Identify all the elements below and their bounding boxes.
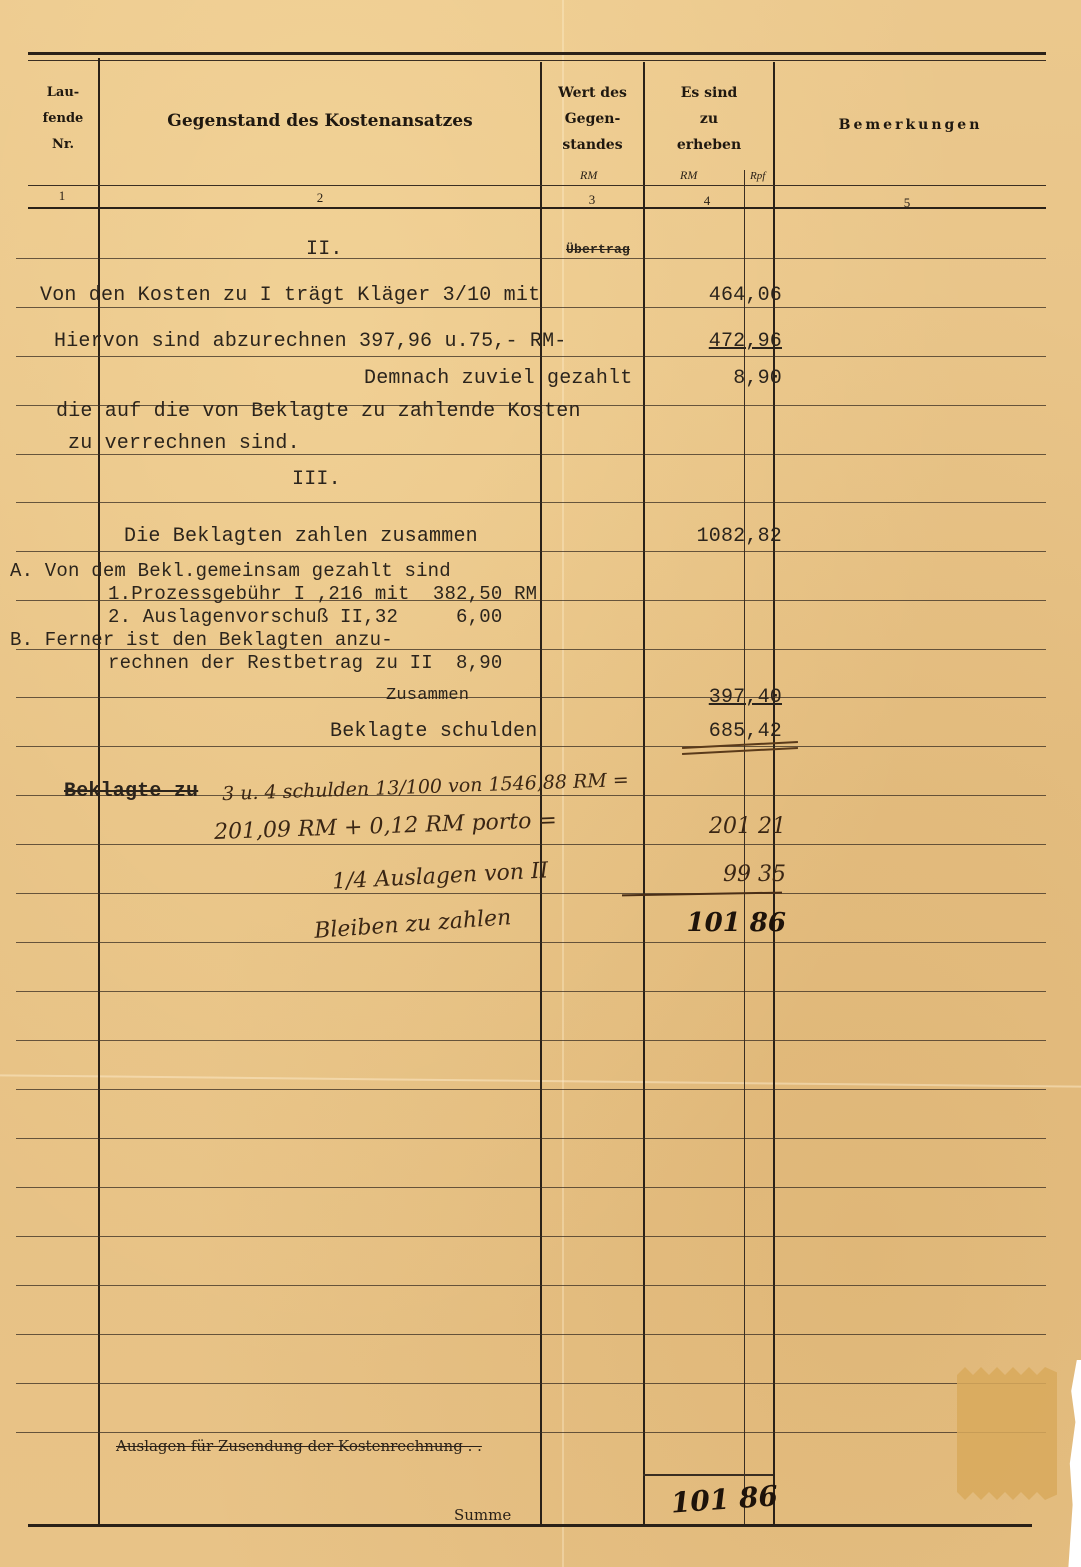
entry-text: die auf die von Beklagte zu zahlende Kos… bbox=[56, 400, 581, 423]
unit-rm: RM bbox=[680, 168, 697, 183]
row-rule bbox=[16, 551, 1046, 552]
handwritten-amount: 201 21 bbox=[650, 814, 786, 839]
bottom-rule bbox=[28, 1524, 1032, 1527]
row-rule bbox=[16, 356, 1046, 357]
row-rule bbox=[16, 991, 1046, 992]
entry-amount: 397,40 bbox=[650, 686, 782, 709]
column-number: 3 bbox=[577, 192, 607, 208]
row-rule bbox=[16, 1236, 1046, 1237]
top-rule bbox=[28, 52, 1046, 55]
entry-amount: 8,90 bbox=[650, 367, 782, 390]
entry-text: Hiervon sind abzurechnen 397,96 u.75,- R… bbox=[54, 330, 566, 353]
row-rule bbox=[16, 1383, 1046, 1384]
header-col3: Wert desGegen-standes bbox=[542, 80, 643, 158]
entry-text: rechnen der Restbetrag zu II 8,90 bbox=[108, 652, 502, 674]
entry-text: Beklagte zu bbox=[64, 780, 198, 803]
top-rule-thin bbox=[28, 60, 1046, 61]
entry-text: 2. Auslagenvorschuß II,32 6,00 bbox=[108, 606, 502, 628]
entry-text: Von den Kosten zu I trägt Kläger 3/10 mi… bbox=[40, 284, 540, 307]
handwritten-amount: 101 86 bbox=[650, 908, 786, 938]
row-rule bbox=[16, 1187, 1046, 1188]
auslagen-line: Auslagen für Zusendung der Kostenrechnun… bbox=[116, 1437, 482, 1455]
row-rule bbox=[16, 1040, 1046, 1041]
section-ii: II. bbox=[306, 238, 343, 261]
column-divider bbox=[540, 62, 542, 1526]
section-iii: III. bbox=[292, 468, 341, 491]
row-rule bbox=[16, 1334, 1046, 1335]
entry-text: Beklagte schulden bbox=[330, 720, 537, 743]
revenue-stamp-remnant bbox=[957, 1367, 1057, 1500]
column-number: 1 bbox=[47, 188, 77, 204]
row-rule bbox=[16, 942, 1046, 943]
header-rule bbox=[28, 185, 1046, 186]
row-rule bbox=[16, 1432, 1046, 1433]
entry-amount: 464,06 bbox=[650, 284, 782, 307]
summe-box-rule bbox=[643, 1474, 773, 1476]
row-rule bbox=[16, 893, 1046, 894]
row-rule bbox=[16, 258, 1046, 259]
entry-text: Die Beklagten zahlen zusammen bbox=[124, 525, 478, 548]
entry-text: zu verrechnen sind. bbox=[68, 432, 300, 455]
row-rule bbox=[16, 1138, 1046, 1139]
entry-amount: 685,42 bbox=[650, 720, 782, 743]
header-col5: Bemerkungen bbox=[775, 112, 1046, 138]
header-bottom-rule bbox=[28, 207, 1046, 209]
entry-text: B. Ferner ist den Beklagten anzu- bbox=[10, 629, 393, 651]
column-divider bbox=[643, 62, 645, 1526]
entry-amount: 472,96 bbox=[650, 330, 782, 353]
row-rule bbox=[16, 502, 1046, 503]
entry-text: Demnach zuviel gezahlt bbox=[364, 367, 632, 390]
header-col1: Lau-fendeNr. bbox=[28, 80, 98, 158]
uebertrag-label: Übertrag bbox=[566, 242, 630, 257]
header-col2: Gegenstand des Kostenansatzes bbox=[100, 108, 540, 134]
row-rule bbox=[16, 697, 1046, 698]
row-rule bbox=[16, 307, 1046, 308]
entry-text: A. Von dem Bekl.gemeinsam gezahlt sind bbox=[10, 560, 451, 582]
summe-label: Summe bbox=[454, 1506, 511, 1524]
entry-text: 1.Prozessgebühr I ,216 mit 382,50 RM bbox=[108, 583, 537, 605]
row-rule bbox=[16, 844, 1046, 845]
row-rule bbox=[16, 746, 1046, 747]
unit-rpf: Rpf bbox=[750, 170, 765, 182]
row-rule bbox=[16, 1089, 1046, 1090]
entry-text: Zusammen bbox=[386, 686, 469, 705]
column-number: 2 bbox=[305, 190, 335, 206]
column-divider bbox=[773, 62, 775, 1526]
unit-rm: RM bbox=[580, 168, 597, 183]
entry-amount: 1082,82 bbox=[650, 525, 782, 548]
row-rule bbox=[16, 1285, 1046, 1286]
handwritten-amount: 99 35 bbox=[650, 862, 786, 887]
header-col4: Es sindzuerheben bbox=[645, 80, 773, 158]
